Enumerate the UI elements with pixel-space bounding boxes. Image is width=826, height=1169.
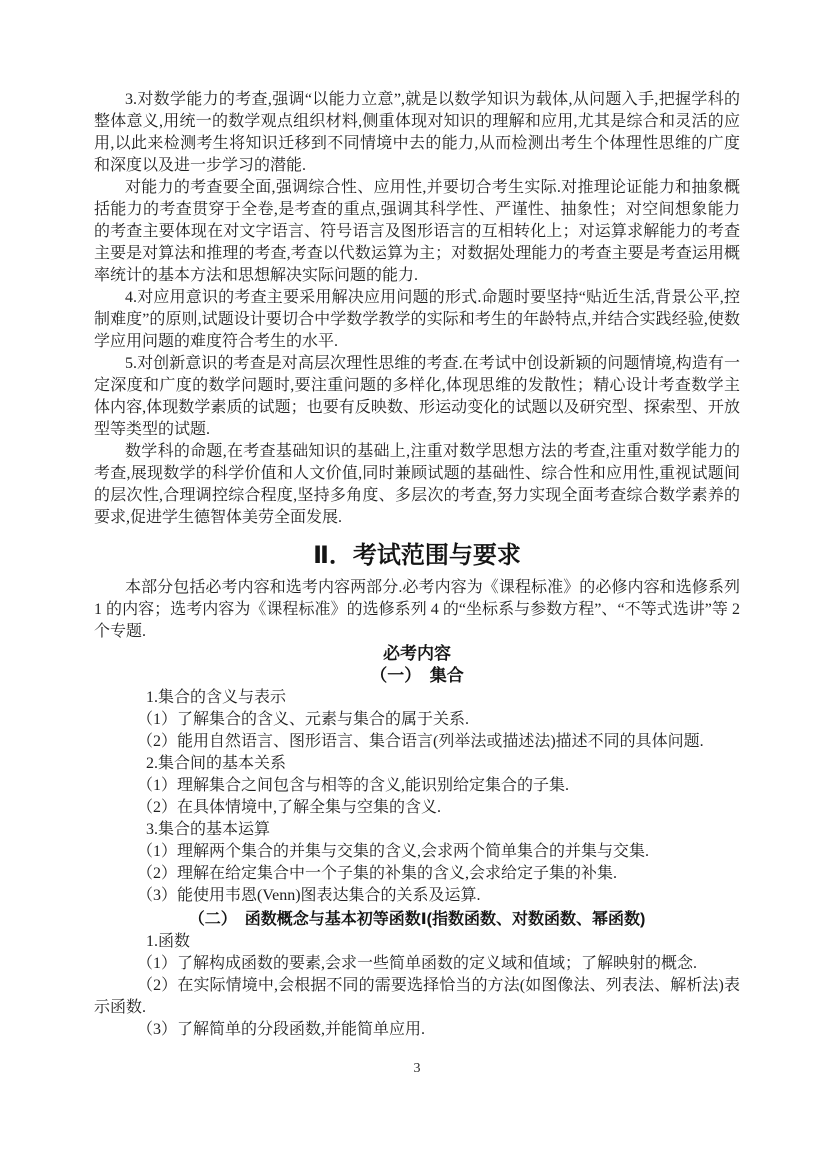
sets-topic-3-req-3: （3）能使用韦恩(Venn)图表达集合的关系及运算. (94, 885, 740, 907)
sets-topic-1-req-1: （1）了解集合的含义、元素与集合的属于关系. (94, 709, 740, 731)
paragraph-scope-intro: 本部分包括必考内容和选考内容两部分.必考内容为《课程标准》的必修内容和选修系列 … (94, 577, 740, 643)
functions-topic-1: 1.函数 (94, 931, 740, 953)
sets-topic-3: 3.集合的基本运算 (94, 819, 740, 841)
part2-functions-heading: （二） 函数概念与基本初等函数Ⅰ(指数函数、对数函数、幂函数) (94, 909, 740, 931)
sets-topic-3-req-2: （2）理解在给定集合中一个子集的补集的含义,会求给定子集的补集. (94, 863, 740, 885)
sets-topic-1-req-2: （2）能用自然语言、图形语言、集合语言(列举法或描述法)描述不同的具体问题. (94, 731, 740, 753)
sets-topic-2: 2.集合间的基本关系 (94, 753, 740, 775)
part1-sets-heading: （一） 集合 (94, 665, 740, 687)
functions-topic-1-req-2: （2）在实际情境中,会根据不同的需要选择恰当的方法(如图像法、列表法、解析法)表… (94, 975, 740, 1019)
functions-topic-1-req-3: （3）了解简单的分段函数,并能简单应用. (94, 1019, 740, 1041)
functions-topic-1-req-1: （1）了解构成函数的要素,会求一些简单函数的定义域和值域；了解映射的概念. (94, 953, 740, 975)
paragraph-math-ability: 3.对数学能力的考查,强调“以能力立意”,就是以数学知识为载体,从问题入手,把握… (94, 89, 740, 177)
paragraph-proposition-principles: 数学科的命题,在考查基础知识的基础上,注重对数学思想方法的考查,注重对数学能力的… (94, 441, 740, 529)
sets-topic-2-req-2: （2）在具体情境中,了解全集与空集的含义. (94, 797, 740, 819)
paragraph-innovation-awareness: 5.对创新意识的考查是对高层次理性思维的考查.在考试中创设新颖的问题情境,构造有… (94, 353, 740, 441)
sets-topic-1: 1.集合的含义与表示 (94, 687, 740, 709)
paragraph-ability-overview: 对能力的考查要全面,强调综合性、应用性,并要切合考生实际.对推理论证能力和抽象概… (94, 177, 740, 287)
page-number: 3 (94, 1059, 740, 1079)
section-title-exam-scope: Ⅱ．考试范围与要求 (94, 541, 740, 571)
required-content-heading: 必考内容 (94, 643, 740, 665)
document-page: 3.对数学能力的考查,强调“以能力立意”,就是以数学知识为载体,从问题入手,把握… (0, 0, 826, 1169)
sets-topic-2-req-1: （1）理解集合之间包含与相等的含义,能识别给定集合的子集. (94, 775, 740, 797)
paragraph-application-awareness: 4.对应用意识的考查主要采用解决应用问题的形式.命题时要坚持“贴近生活,背景公平… (94, 287, 740, 353)
sets-topic-3-req-1: （1）理解两个集合的并集与交集的含义,会求两个简单集合的并集与交集. (94, 841, 740, 863)
